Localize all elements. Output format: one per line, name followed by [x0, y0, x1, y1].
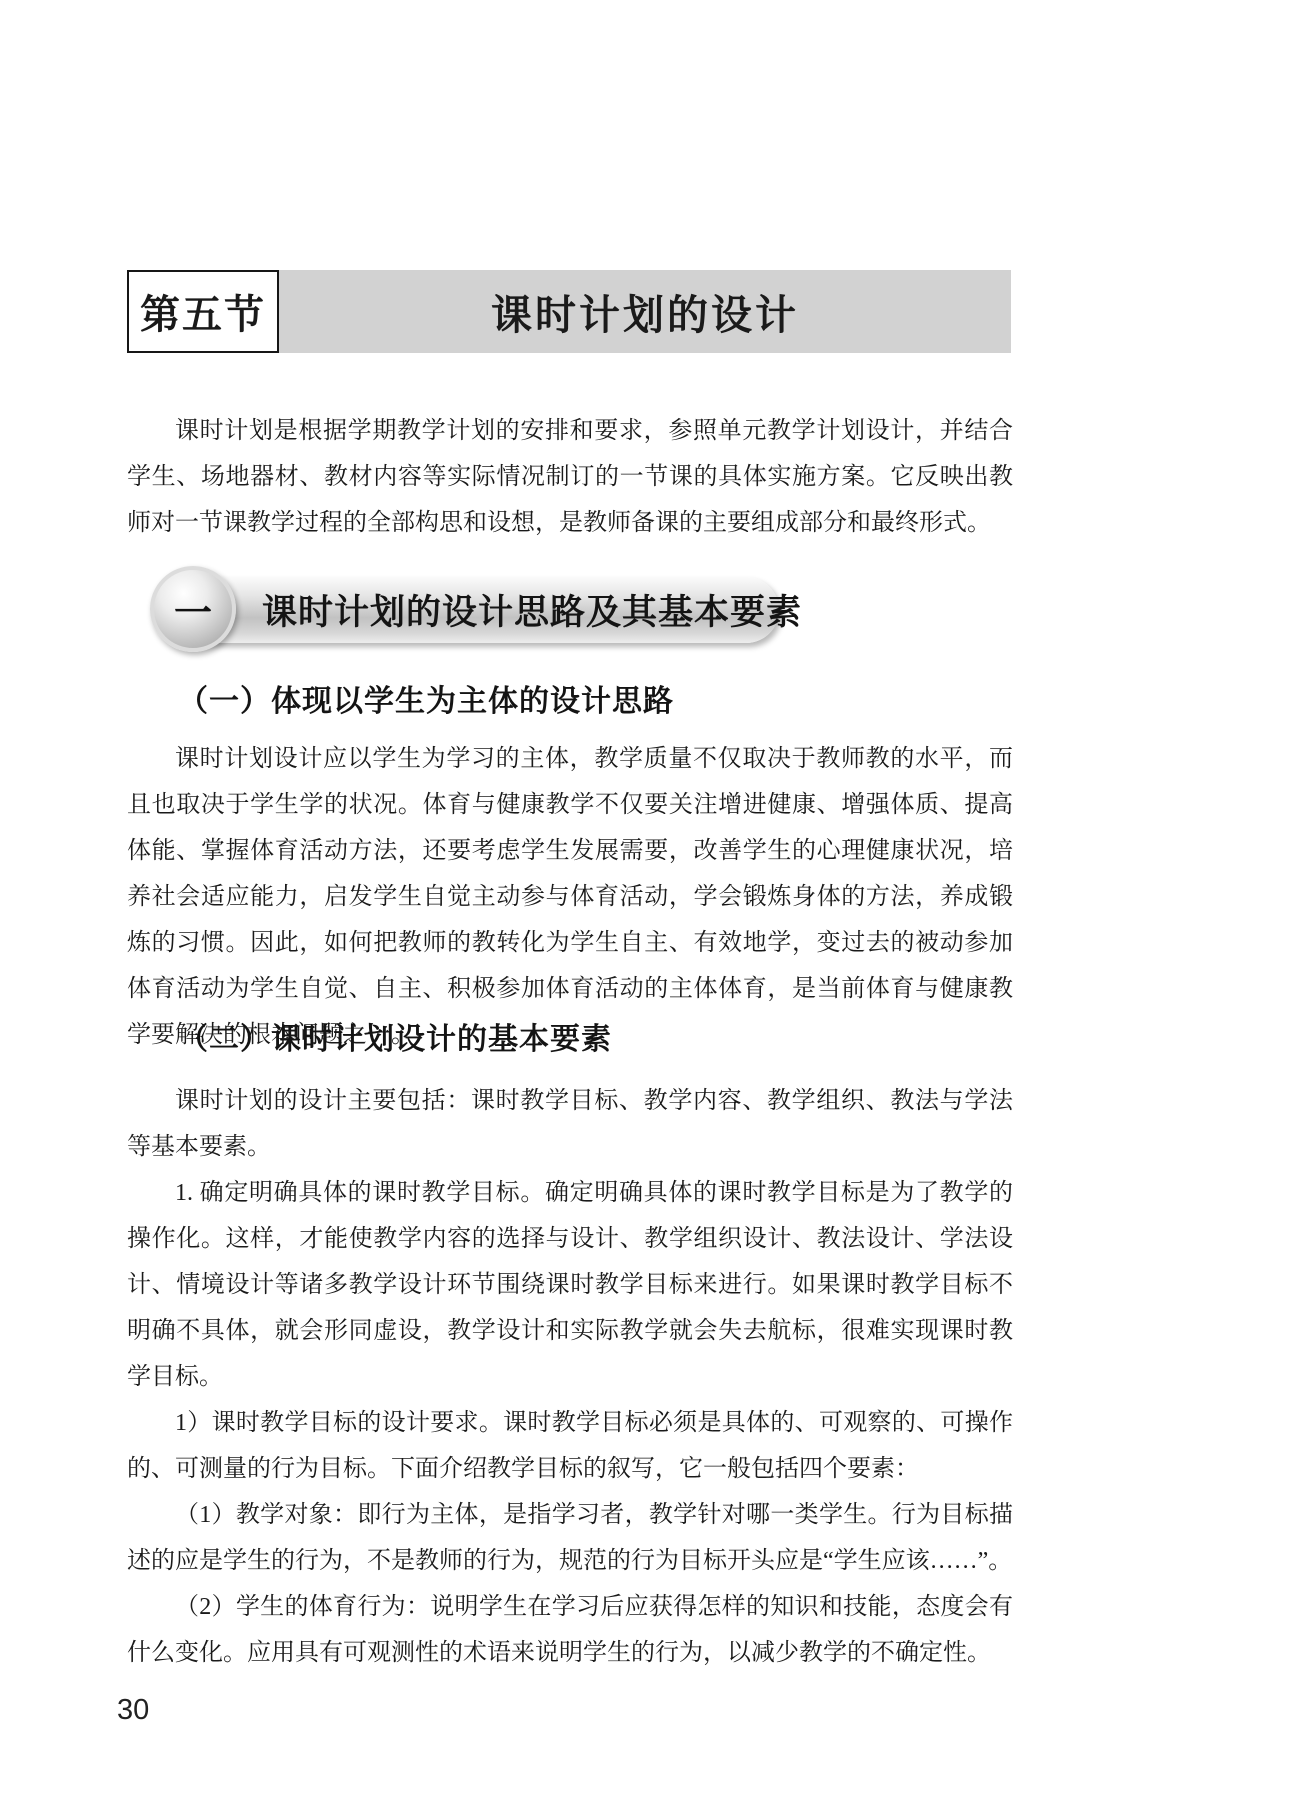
subheading-1: （一）体现以学生为主体的设计思路	[178, 676, 674, 720]
intro-paragraph: 课时计划是根据学期教学计划的安排和要求，参照单元教学计划设计，并结合学生、场地器…	[127, 408, 1013, 546]
section-title-box: 课时计划的设计	[279, 270, 1011, 353]
section-title-label: 课时计划的设计	[491, 282, 799, 341]
page-number: 30	[117, 1694, 149, 1727]
subheading-2-paragraphs: 课时计划的设计主要包括：课时教学目标、教学内容、教学组织、教法与学法等基本要素。…	[127, 1078, 1013, 1676]
subheading-1-paragraph: 课时计划设计应以学生为学习的主体，教学质量不仅取决于教师教的水平，而且也取决于学…	[127, 736, 1013, 1058]
banner-number-label: 一	[174, 582, 212, 637]
banner-title: 课时计划的设计思路及其基本要素	[262, 585, 802, 635]
banner-pill: 课时计划的设计思路及其基本要素	[174, 577, 779, 643]
paragraph-student-behavior: （2）学生的体育行为：说明学生在学习后应获得怎样的知识和技能，态度会有什么变化。…	[127, 1584, 1013, 1676]
section-number-box: 第五节	[127, 270, 279, 353]
paragraph-objective-definition: 1. 确定明确具体的课时教学目标。确定明确具体的课时教学目标是为了教学的操作化。…	[127, 1170, 1013, 1400]
subsection-banner: 课时计划的设计思路及其基本要素 一	[150, 566, 880, 654]
section-number-label: 第五节	[140, 283, 266, 340]
banner-number-badge: 一	[150, 566, 236, 652]
document-page: 第五节 课时计划的设计 课时计划是根据学期教学计划的安排和要求，参照单元教学计划…	[0, 0, 1297, 1815]
paragraph-elements-overview: 课时计划的设计主要包括：课时教学目标、教学内容、教学组织、教法与学法等基本要素。	[127, 1078, 1013, 1170]
subheading-2: （二）课时计划设计的基本要素	[178, 1014, 612, 1058]
paragraph-teaching-target: （1）教学对象：即行为主体，是指学习者，教学针对哪一类学生。行为目标描述的应是学…	[127, 1492, 1013, 1584]
section-header: 第五节 课时计划的设计	[127, 270, 1011, 353]
paragraph-design-requirements: 1）课时教学目标的设计要求。课时教学目标必须是具体的、可观察的、可操作的、可测量…	[127, 1400, 1013, 1492]
